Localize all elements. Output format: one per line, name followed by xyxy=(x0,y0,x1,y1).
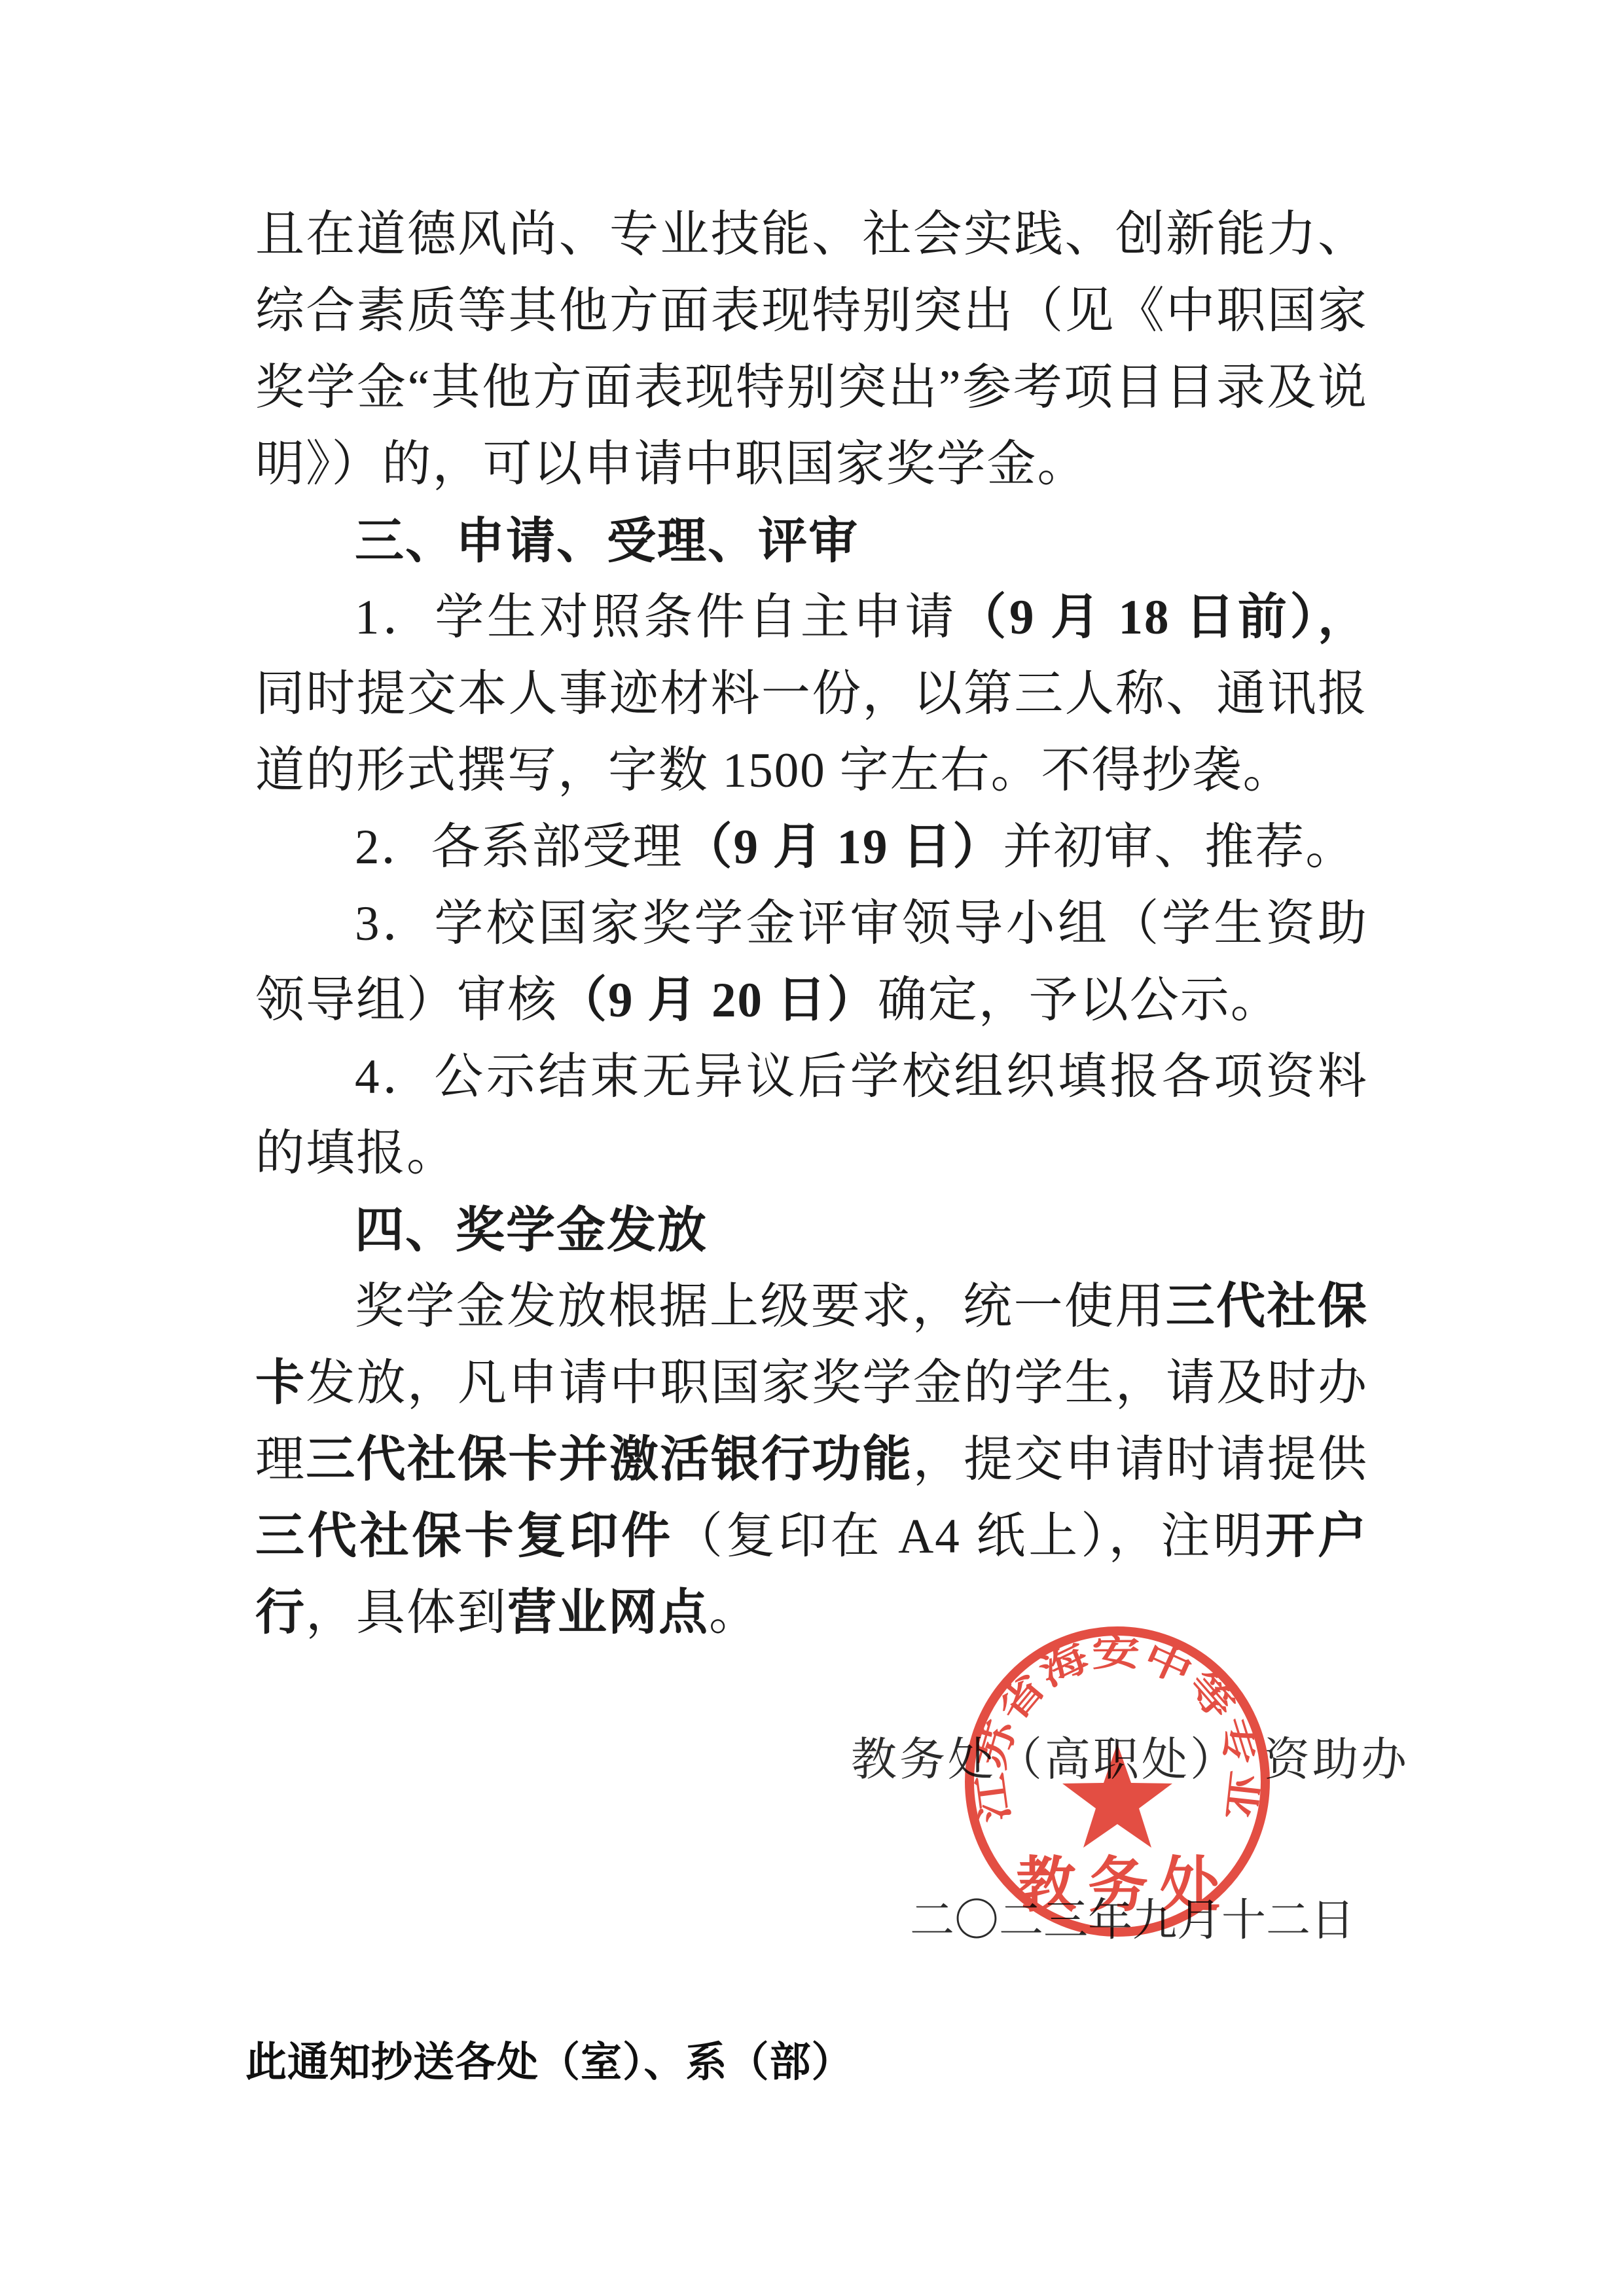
section4-heading: 四、奖学金发放 xyxy=(255,1192,1368,1268)
intro-paragraph: 且在道德风尚、专业技能、社会实践、创新能力、综合素质等其他方面表现特别突出（见《… xyxy=(255,196,1368,503)
list-item-1: 1．学生对照条件自主申请（9 月 18 日前），同时提交本人事迹材料一份，以第三… xyxy=(255,579,1368,809)
document-page: 且在道德风尚、专业技能、社会实践、创新能力、综合素质等其他方面表现特别突出（见《… xyxy=(0,0,1624,2296)
item1-deadline: （9 月 18 日前）， xyxy=(957,590,1368,645)
pay-s5: ，具体到 xyxy=(306,1586,507,1640)
item2-post: 并初审、推荐。 xyxy=(1003,820,1356,874)
list-item-3: 3．学校国家奖学金评审领导小组（学生资助领导组）审核（9 月 20 日）确定，予… xyxy=(255,886,1368,1039)
signature-office-line: 教务处（高职处） 资助办 xyxy=(851,1723,1409,1789)
item1-pre: 1．学生对照条件自主申请 xyxy=(355,590,957,645)
section4-heading-text: 四、奖学金发放 xyxy=(355,1202,708,1257)
item4-text: 4．公示结束无异议后学校组织填报各项资料的填报。 xyxy=(255,1050,1368,1181)
intro-text: 且在道德风尚、专业技能、社会实践、创新能力、综合素质等其他方面表现特别突出（见《… xyxy=(255,207,1368,492)
list-item-4: 4．公示结束无异议后学校组织填报各项资料的填报。 xyxy=(255,1039,1368,1192)
cc-distribution-note: 此通知抄送各处（室）、系（部） xyxy=(245,2029,854,2089)
payment-paragraph: 奖学金发放根据上级要求，统一使用三代社保卡发放，凡申请中职国家奖学金的学生，请及… xyxy=(255,1268,1368,1651)
pay-b5-service-outlet: 营业网点 xyxy=(507,1586,709,1640)
list-item-2: 2．各系部受理（9 月 19 日）并初审、推荐。 xyxy=(255,809,1368,886)
pay-s6: 。 xyxy=(709,1586,759,1640)
document-body: 且在道德风尚、专业技能、社会实践、创新能力、综合素质等其他方面表现特别突出（见《… xyxy=(255,196,1368,1651)
section3-heading-text: 三、申请、受理、评审 xyxy=(355,513,859,568)
pay-s1: 奖学金发放根据上级要求，统一使用 xyxy=(355,1280,1166,1334)
pay-b2-activate-bank: 三代社保卡并激活银行功能 xyxy=(306,1433,912,1487)
item3-deadline: （9 月 20 日） xyxy=(558,973,878,1028)
item3-post: 确定，予以公示。 xyxy=(878,973,1281,1028)
item2-pre: 2．各系部受理 xyxy=(355,820,683,874)
item1-post: 同时提交本人事迹材料一份，以第三人称、通讯报道的形式撰写，字数 1500 字左右… xyxy=(255,667,1368,798)
pay-b3-card-copy: 三代社保卡复印件 xyxy=(255,1509,674,1564)
item2-deadline: （9 月 19 日） xyxy=(683,820,1003,874)
pay-s4: （复印在 A4 纸上），注明 xyxy=(674,1509,1265,1564)
pay-s3: ，提交申请时请提供 xyxy=(913,1433,1368,1487)
signature-date: 二〇二三年九月十二日 xyxy=(910,1885,1355,1948)
section3-heading: 三、申请、受理、评审 xyxy=(255,503,1368,579)
